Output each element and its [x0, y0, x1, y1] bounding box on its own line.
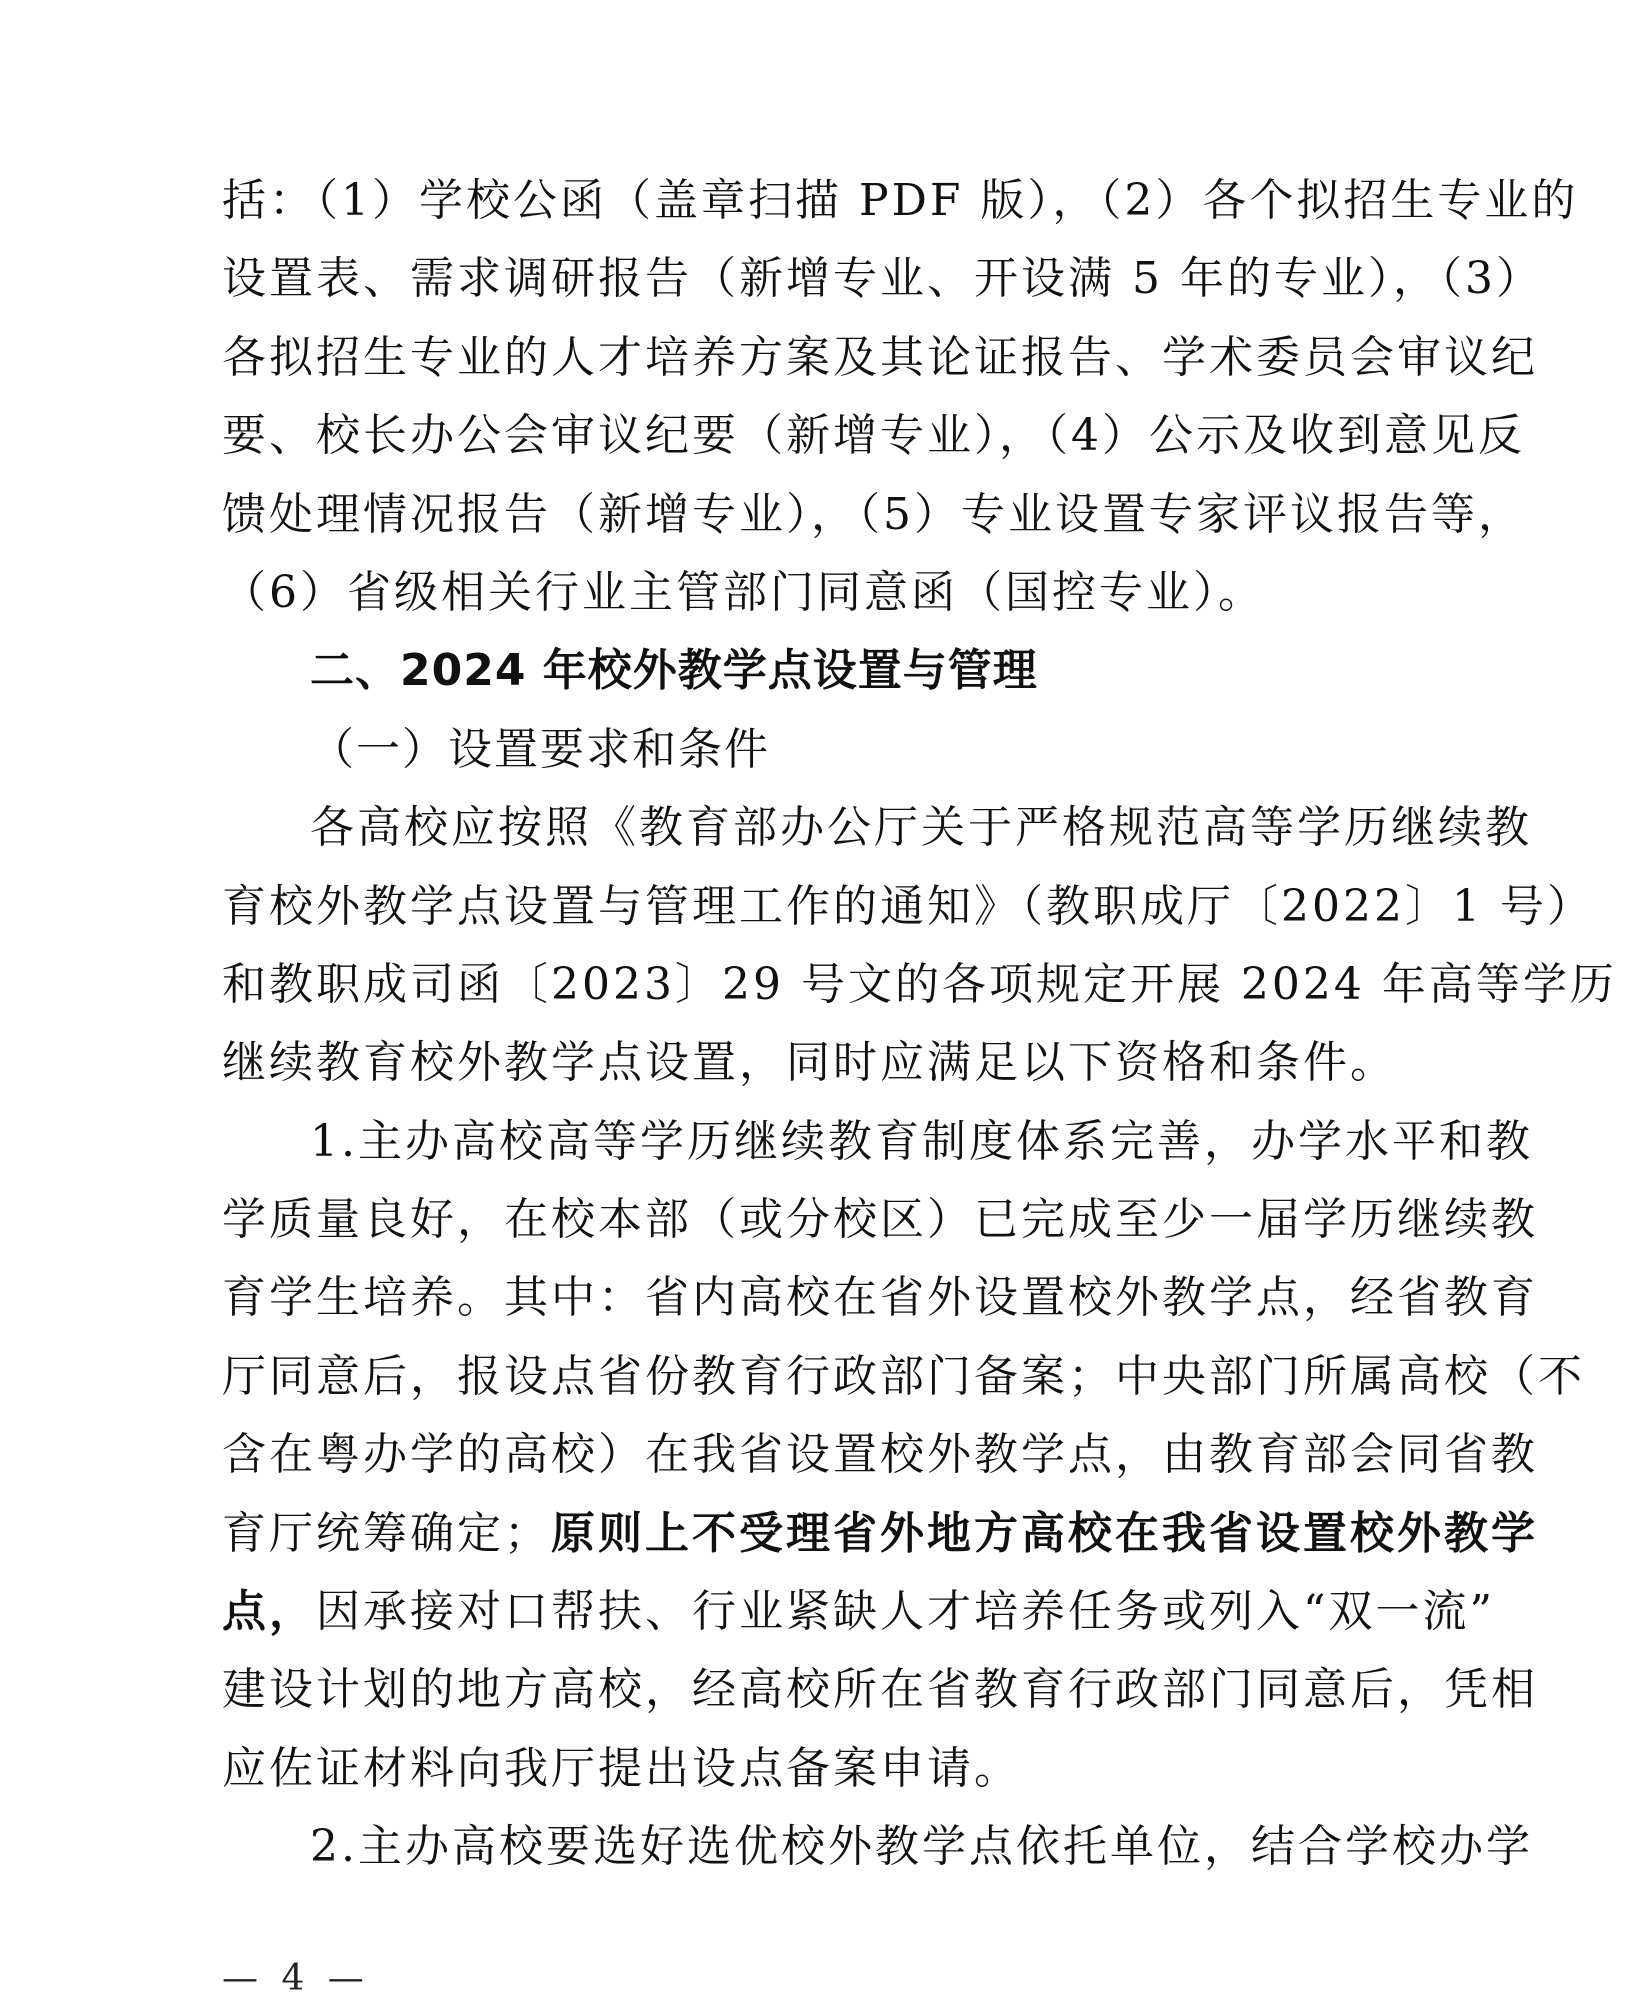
item-1-line: 建设计划的地方高校，经高校所在省教育行政部门同意后，凭相	[222, 1651, 1430, 1729]
plain-text: 因承接对口帮扶、行业紧缺人才培养任务或列入“双一流”	[316, 1586, 1495, 1637]
document-page: 括：（1）学校公函（盖章扫描 PDF 版），（2）各个拟招生专业的 设置表、需求…	[0, 0, 1650, 2000]
item-1-line: 厅同意后，报设点省份教育行政部门备案；中央部门所属高校（不	[222, 1338, 1430, 1416]
text-line: 各拟招生专业的人才培养方案及其论证报告、学术委员会审议纪	[222, 319, 1430, 397]
paragraph-line: 育校外教学点设置与管理工作的通知》（教职成厅〔2022〕1 号）	[222, 868, 1430, 946]
section-heading: 二、2024 年校外教学点设置与管理	[222, 632, 1430, 710]
subsection-heading: （一）设置要求和条件	[222, 711, 1430, 789]
item-1-line: 含在粤办学的高校）在我省设置校外教学点，由教育部会同省教	[222, 1416, 1430, 1494]
text-line: 设置表、需求调研报告（新增专业、开设满 5 年的专业），（3）	[222, 240, 1430, 318]
item-1-line: 1.主办高校高等学历继续教育制度体系完善，办学水平和教	[222, 1103, 1430, 1181]
text-line: 要、校长办公会审议纪要（新增专业），（4）公示及收到意见反	[222, 397, 1430, 475]
plain-text: 育厅统筹确定；	[222, 1508, 551, 1559]
paragraph-line: 各高校应按照《教育部办公厅关于严格规范高等学历继续教	[222, 789, 1430, 867]
bold-emphasis-text: 点，	[222, 1586, 316, 1637]
item-1-line: 应佐证材料向我厅提出设点备案申请。	[222, 1730, 1430, 1808]
bold-emphasis-text: 原则上不受理省外地方高校在我省设置校外教学	[551, 1508, 1538, 1559]
document-body: 括：（1）学校公函（盖章扫描 PDF 版），（2）各个拟招生专业的 设置表、需求…	[222, 162, 1430, 1887]
item-1-line-emphasis: 育厅统筹确定；原则上不受理省外地方高校在我省设置校外教学	[222, 1495, 1430, 1573]
item-1-line-emphasis: 点，因承接对口帮扶、行业紧缺人才培养任务或列入“双一流”	[222, 1573, 1430, 1651]
text-line: 括：（1）学校公函（盖章扫描 PDF 版），（2）各个拟招生专业的	[222, 162, 1430, 240]
item-2-line: 2.主办高校要选好选优校外教学点依托单位，结合学校办学	[222, 1808, 1430, 1886]
page-number: — 4 —	[222, 1958, 370, 1999]
text-line: 馈处理情况报告（新增专业），（5）专业设置专家评议报告等，	[222, 476, 1430, 554]
paragraph-line: 和教职成司函〔2023〕29 号文的各项规定开展 2024 年高等学历	[222, 946, 1430, 1024]
paragraph-line: 继续教育校外教学点设置，同时应满足以下资格和条件。	[222, 1024, 1430, 1102]
text-line: （6）省级相关行业主管部门同意函（国控专业）。	[222, 554, 1430, 632]
item-1-line: 育学生培养。其中：省内高校在省外设置校外教学点，经省教育	[222, 1259, 1430, 1337]
item-1-line: 学质量良好，在校本部（或分校区）已完成至少一届学历继续教	[222, 1181, 1430, 1259]
